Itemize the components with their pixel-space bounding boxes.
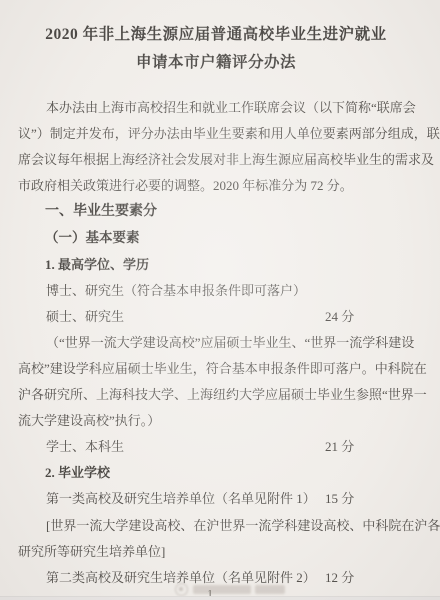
watermark [175, 583, 285, 596]
doc-line-flush: 沪各研究所、上海科技大学、上海纽约大学应届硕士毕业生参照“世界一 [18, 382, 421, 408]
doc-line-score: 第一类高校及研究生培养单位（名单见附件 1）15 分 [18, 486, 421, 512]
title-line-1: 2020 年非上海生源应届普通高校毕业生进沪就业 [0, 21, 432, 49]
doc-line-flush: 流大学建设高校”执行。） [18, 408, 421, 434]
doc-line-text: 2. 毕业学校 [45, 465, 110, 480]
watermark-text-bar [193, 585, 251, 594]
document-page: 2020 年非上海生源应届普通高校毕业生进沪就业 申请本市户籍评分办法 本办法由… [0, 0, 440, 600]
doc-line-text: 一、毕业生要素分 [45, 204, 157, 219]
doc-line-text: （一）基本要素 [45, 230, 140, 245]
doc-line-h3: 2. 毕业学校 [18, 460, 421, 486]
doc-line-text: [世界一流大学建设高校、在沪世界一流学科建设高校、中科院在沪各 [46, 518, 440, 533]
doc-line-flush: 席会议每年根据上海经济社会发展对非上海生源应届高校毕业生的需求及 [18, 147, 421, 173]
score-value: 15 分 [325, 486, 354, 512]
title-line-2: 申请本市户籍评分办法 [0, 49, 432, 77]
doc-line-text: 议”）制定并发布，评分办法由毕业生要素和用人单位要素两部分组成，联 [18, 126, 440, 141]
doc-line-indent: 博士、研究生（符合基本申报条件即可落户） [18, 278, 421, 304]
doc-line-text: 1. 最高学位、学历 [45, 257, 149, 272]
doc-line-text: 研究所等研究生培养单位] [18, 544, 165, 559]
watermark-text-bar [255, 585, 285, 594]
doc-line-score: 硕士、研究生24 分 [18, 304, 421, 330]
document-lines: 本办法由上海市高校招生和就业工作联席会议（以下简称“联席会议”）制定并发布，评分… [18, 95, 421, 591]
doc-line-text: 高校”建设学科应届硕士毕业生，符合基本申报条件即可落户。中科院在 [18, 361, 427, 376]
doc-line-text: （“世界一流大学建设高校”应届硕士毕业生、“世界一流学科建设 [46, 335, 414, 350]
doc-line-indent: [世界一流大学建设高校、在沪世界一流学科建设高校、中科院在沪各 [18, 513, 421, 539]
score-value: 12 分 [325, 565, 354, 591]
doc-line-text: 第一类高校及研究生培养单位（名单见附件 1） [46, 491, 316, 506]
doc-line-h1: 一、毕业生要素分 [18, 199, 421, 225]
doc-line-score: 学士、本科生21 分 [18, 434, 421, 460]
doc-line-text: 硕士、研究生 [46, 309, 124, 324]
doc-line-text: 本办法由上海市高校招生和就业工作联席会议（以下简称“联席会 [46, 100, 416, 115]
doc-line-text: 沪各研究所、上海科技大学、上海纽约大学应届硕士毕业生参照“世界一 [18, 387, 427, 402]
doc-line-indent: （“世界一流大学建设高校”应届硕士毕业生、“世界一流学科建设 [18, 330, 421, 356]
doc-line-text: 席会议每年根据上海经济社会发展对非上海生源应届高校毕业生的需求及 [18, 152, 434, 167]
photo-bottom-edge [0, 596, 440, 600]
doc-line-text: 市政府相关政策进行必要的调整。2020 年标准分为 72 分。 [18, 178, 353, 193]
document-title: 2020 年非上海生源应届普通高校毕业生进沪就业 申请本市户籍评分办法 [0, 21, 432, 76]
doc-line-flush: 高校”建设学科应届硕士毕业生，符合基本申报条件即可落户。中科院在 [18, 356, 421, 382]
doc-line-flush: 议”）制定并发布，评分办法由毕业生要素和用人单位要素两部分组成，联 [18, 121, 421, 147]
score-value: 21 分 [325, 434, 354, 460]
doc-line-h2: （一）基本要素 [18, 225, 421, 251]
score-value: 24 分 [325, 304, 354, 330]
doc-line-h3: 1. 最高学位、学历 [18, 252, 421, 278]
doc-line-text: 流大学建设高校”执行。） [18, 413, 160, 428]
doc-line-text: 博士、研究生（符合基本申报条件即可落户） [46, 283, 306, 298]
weibo-eye-icon [175, 583, 188, 596]
doc-line-text: 学士、本科生 [46, 439, 124, 454]
doc-line-flush: 市政府相关政策进行必要的调整。2020 年标准分为 72 分。 [18, 173, 421, 199]
doc-line-indent: 本办法由上海市高校招生和就业工作联席会议（以下简称“联席会 [18, 95, 421, 121]
doc-line-flush: 研究所等研究生培养单位] [18, 539, 421, 565]
